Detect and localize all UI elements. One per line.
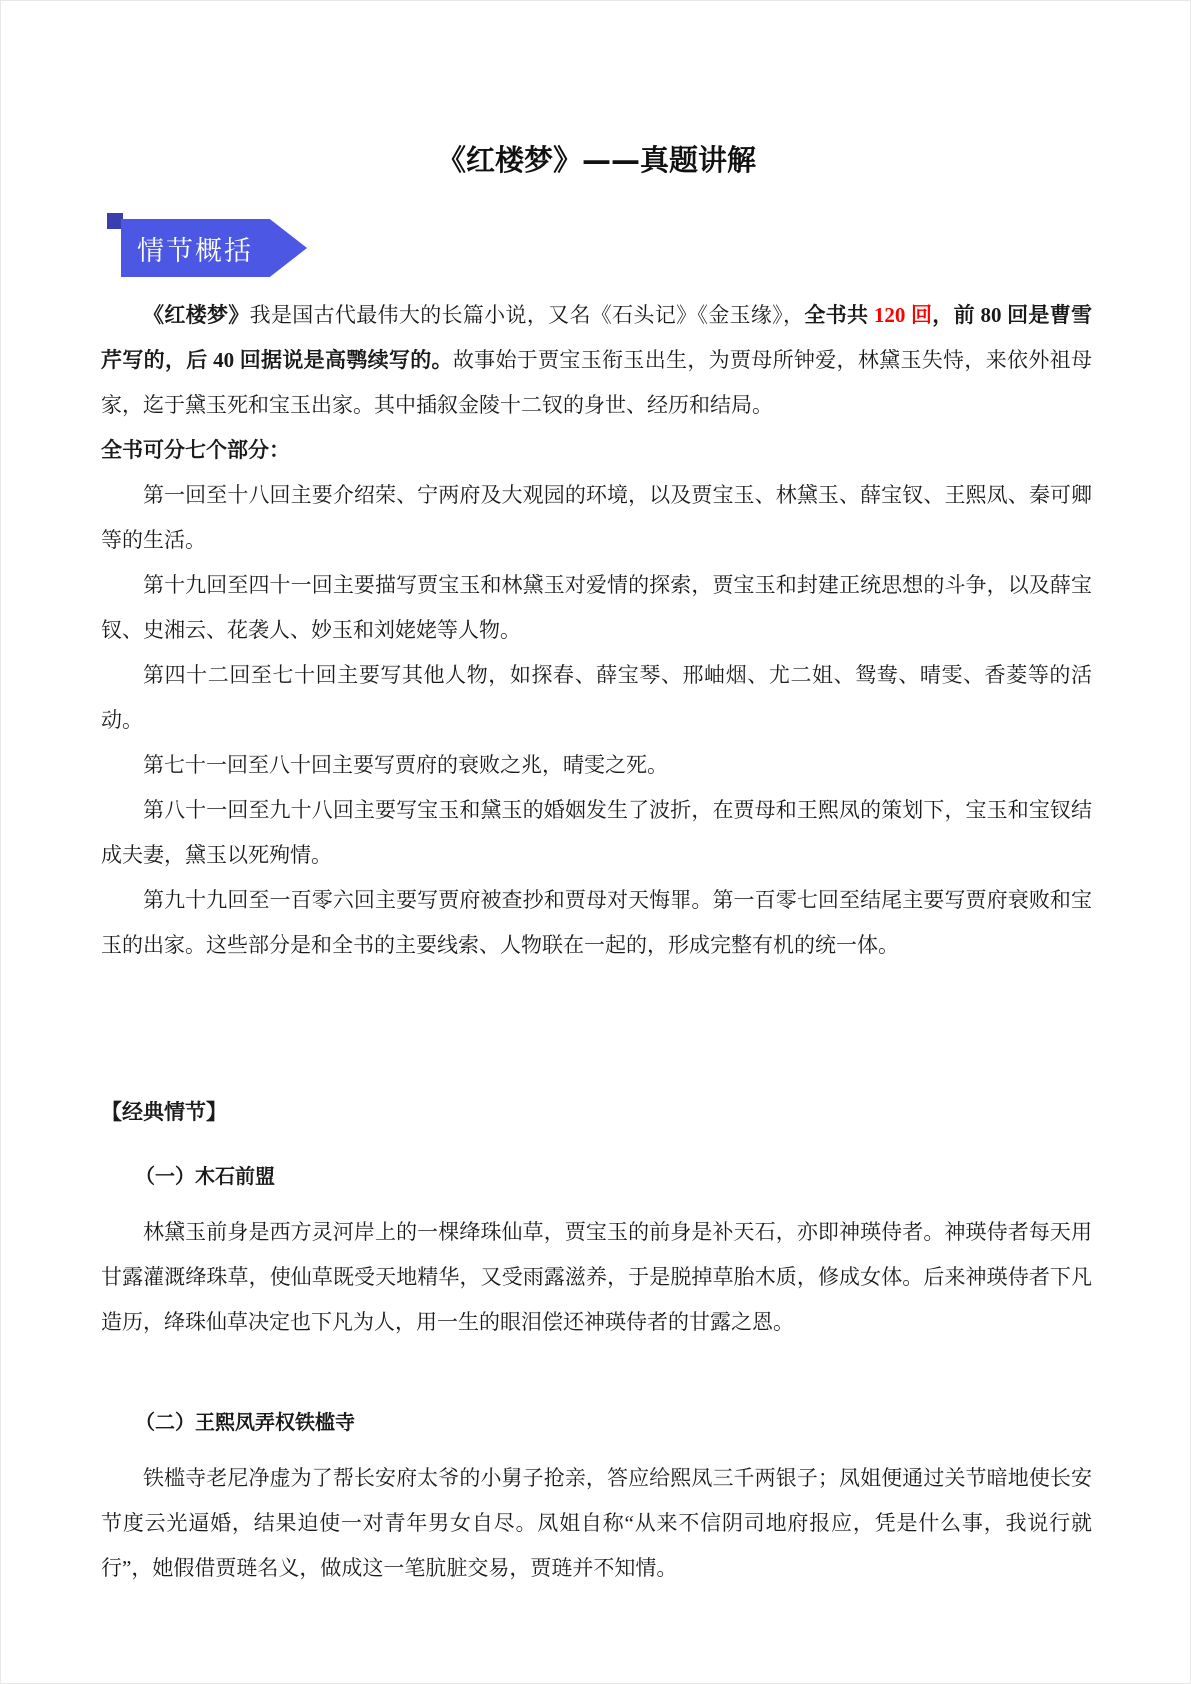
document-page: 《红楼梦》——真题讲解 情节概括 《红楼梦》我是国古代最伟大的长篇小说，又名《石…: [101, 1, 1092, 1591]
episode-2-heading: （二）王熙凤弄权铁槛寺: [101, 1401, 1092, 1446]
part-paragraph-6: 第九十九回至一百零六回主要写贾府被查抄和贾母对天悔罪。第一百零七回至结尾主要写贾…: [101, 878, 1092, 968]
intro-segment-normal-1: 我是国古代最伟大的长篇小说，又名《石头记》《金玉缘》，: [250, 303, 805, 327]
intro-segment-book-name: 《红楼梦》: [143, 303, 250, 327]
part-paragraph-4: 第七十一回至八十回主要写贾府的衰败之兆，晴雯之死。: [101, 743, 1092, 788]
parts-heading: 全书可分七个部分：: [101, 428, 1092, 473]
page-title: 《红楼梦》——真题讲解: [101, 141, 1092, 179]
part-paragraph-1: 第一回至十八回主要介绍荣、宁两府及大观园的环境，以及贾宝玉、林黛玉、薛宝钗、王熙…: [101, 473, 1092, 563]
banner-corner-decoration: [107, 213, 123, 229]
part-paragraph-3: 第四十二回至七十回主要写其他人物，如探春、薛宝琴、邢岫烟、尤二姐、鸳鸯、晴雯、香…: [101, 653, 1092, 743]
section-banner: 情节概括: [101, 219, 311, 277]
episode-2-body: 铁槛寺老尼净虚为了帮长安府太爷的小舅子抢亲，答应给熙凤三千两银子；凤姐便通过关节…: [101, 1456, 1092, 1591]
intro-segment-bold-1: 全书共: [804, 303, 874, 327]
plot-summary-arrow-banner: 情节概括: [121, 219, 307, 277]
intro-segment-chapter-count: 120 回: [874, 303, 932, 327]
classic-episodes-heading: 【经典情节】: [101, 1090, 1092, 1135]
episode-1-body: 林黛玉前身是西方灵河岸上的一棵绛珠仙草，贾宝玉的前身是补天石，亦即神瑛侍者。神瑛…: [101, 1210, 1092, 1345]
banner-label: 情节概括: [121, 229, 253, 268]
part-paragraph-5: 第八十一回至九十八回主要写宝玉和黛玉的婚姻发生了波折，在贾母和王熙凤的策划下，宝…: [101, 788, 1092, 878]
part-paragraph-2: 第十九回至四十一回主要描写贾宝玉和林黛玉对爱情的探索，贾宝玉和封建正统思想的斗争…: [101, 563, 1092, 653]
episode-1-heading: （一）木石前盟: [101, 1155, 1092, 1200]
intro-paragraph: 《红楼梦》我是国古代最伟大的长篇小说，又名《石头记》《金玉缘》，全书共 120 …: [101, 293, 1092, 428]
